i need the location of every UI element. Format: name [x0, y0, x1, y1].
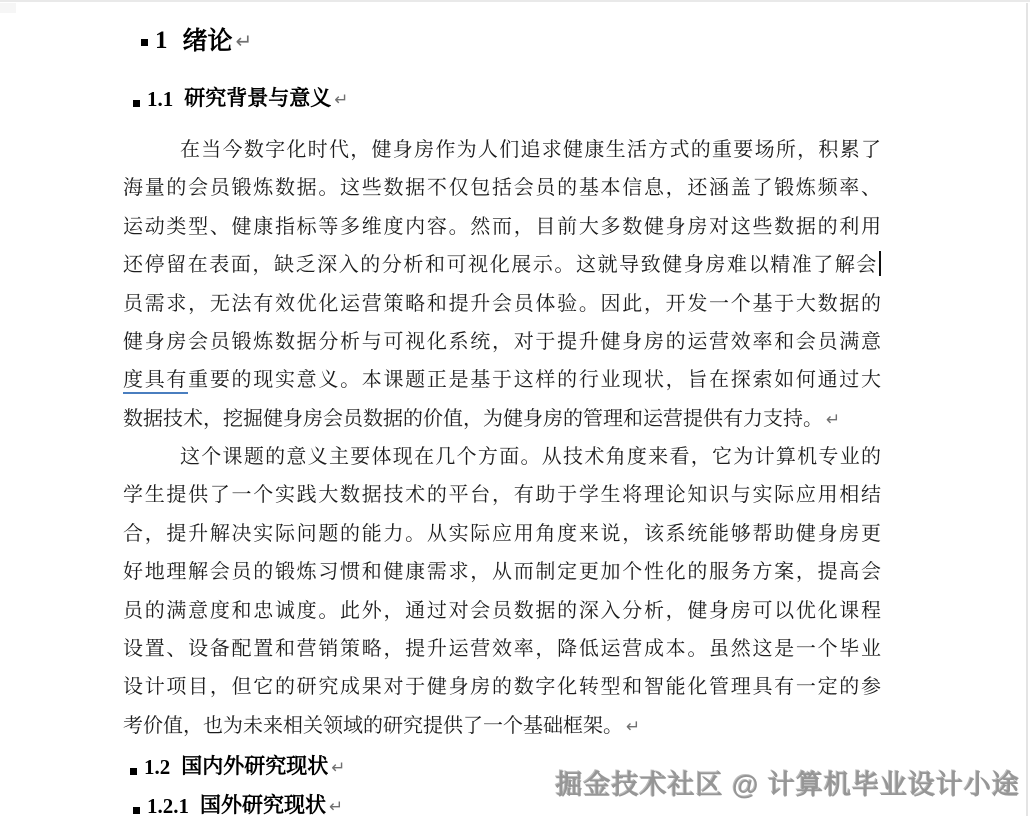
paragraph-mark-icon: ↵ — [236, 24, 253, 58]
text-line[interactable]: 这个课题的意义主要体现在几个方面。从技术角度来看，它为计算机专业的 — [123, 438, 881, 476]
text-line[interactable]: 度具有重要的现实意义。本课题正是基于这样的行业现状，旨在探索如何通过大 — [123, 361, 881, 399]
text-line[interactable]: 合，提升解决实际问题的能力。从实际应用角度来说，该系统能够帮助健身房更 — [123, 515, 881, 553]
text-cursor-icon — [879, 251, 881, 276]
heading-1-2-1[interactable]: 1.2.1 国外研究现状 ↵ — [133, 791, 343, 816]
text-line[interactable]: 海量的会员锻炼数据。这些数据不仅包括会员的基本信息，还涵盖了锻炼频率、 — [123, 169, 881, 207]
heading-outline-marker-icon — [130, 768, 137, 775]
text-line[interactable]: 员需求，无法有效优化运营策略和提升会员体验。因此，开发一个基于大数据的 — [123, 285, 881, 323]
text-line[interactable]: 员的满意度和忠诚度。此外，通过对会员数据的深入分析，健身房可以优化课程 — [123, 592, 881, 630]
paragraph-2[interactable]: 这个课题的意义主要体现在几个方面。从技术角度来看，它为计算机专业的 学生提供了一… — [123, 438, 881, 745]
text-run: 重要的现实意义。本课题正是基于这样的行业现状，旨在探索如何通过大 — [188, 369, 881, 391]
watermark-text: 掘金技术社区 @ 计算机毕业设计小途 — [556, 763, 1020, 802]
heading-number: 1.2 — [144, 752, 170, 782]
heading-outline-marker-icon — [133, 807, 140, 814]
heading-1[interactable]: 1 绪论 ↵ — [141, 24, 252, 58]
text-run: 考价值，也为未来相关领域的研究提供了一个基础框架。 — [123, 715, 623, 737]
heading-number: 1.2.1 — [147, 791, 189, 816]
heading-number: 1.1 — [147, 84, 173, 114]
text-line[interactable]: 设计项目，但它的研究成果对于健身房的数字化转型和智能化管理具有一定的参 — [123, 668, 881, 706]
paragraph-mark-icon: ↵ — [331, 752, 345, 782]
text-line[interactable]: 设置、设备配置和营销策略，提升运营效率，降低运营成本。虽然这是一个毕业 — [123, 630, 881, 668]
paragraph-mark-icon: ↵ — [334, 84, 348, 114]
text-line[interactable]: 数据技术，挖掘健身房会员数据的价值，为健身房的管理和运营提供有力支持。↵ — [123, 400, 881, 438]
heading-outline-marker-icon — [141, 39, 148, 46]
text-line[interactable]: 学生提供了一个实践大数据技术的平台，有助于学生将理论知识与实际应用相结 — [123, 476, 881, 514]
corner-artifact — [0, 3, 16, 13]
paragraph-mark-icon: ↵ — [329, 791, 343, 816]
heading-1-1[interactable]: 1.1 研究背景与意义 ↵ — [133, 84, 348, 114]
text-line[interactable]: 考价值，也为未来相关领域的研究提供了一个基础框架。↵ — [123, 707, 881, 745]
document-page: 1 绪论 ↵ 1.1 研究背景与意义 ↵ 在当今数字化时代，健身房作为人们追求健… — [0, 0, 1030, 816]
heading-title: 绪论 — [183, 24, 233, 58]
heading-title: 国内外研究现状 — [181, 752, 328, 782]
paragraph-mark-icon: ↵ — [826, 410, 840, 430]
text-line[interactable]: 健身房会员锻炼数据分析与可视化系统，对于提升健身房的运营效率和会员满意 — [123, 323, 881, 361]
text-line[interactable]: 好地理解会员的锻炼习惯和健康需求，从而制定更加个性化的服务方案，提高会 — [123, 553, 881, 591]
text-line[interactable]: 在当今数字化时代，健身房作为人们追求健康生活方式的重要场所，积累了 — [123, 131, 881, 169]
paragraph-1[interactable]: 在当今数字化时代，健身房作为人们追求健康生活方式的重要场所，积累了 海量的会员锻… — [123, 131, 881, 438]
text-line[interactable]: 运动类型、健康指标等多维度内容。然而，目前大多数健身房对这些数据的利用 — [123, 208, 881, 246]
text-run: 还停留在表面，缺乏深入的分析和可视化展示。这就导致健身房难以精准了解会 — [123, 254, 878, 276]
text-line[interactable]: 还停留在表面，缺乏深入的分析和可视化展示。这就导致健身房难以精准了解会 — [123, 246, 881, 284]
text-run: 数据技术，挖掘健身房会员数据的价值，为健身房的管理和运营提供有力支持。 — [123, 408, 823, 430]
heading-1-2[interactable]: 1.2 国内外研究现状 ↵ — [130, 752, 345, 782]
right-edge-artifact — [1026, 3, 1028, 816]
heading-outline-marker-icon — [133, 100, 140, 107]
heading-title: 国外研究现状 — [200, 791, 326, 816]
heading-title: 研究背景与意义 — [184, 84, 331, 114]
heading-number: 1 — [155, 24, 168, 58]
paragraph-mark-icon: ↵ — [626, 717, 640, 737]
top-edge-artifact — [0, 0, 1030, 2]
grammar-check-underlined-text: 度具有 — [123, 369, 188, 394]
